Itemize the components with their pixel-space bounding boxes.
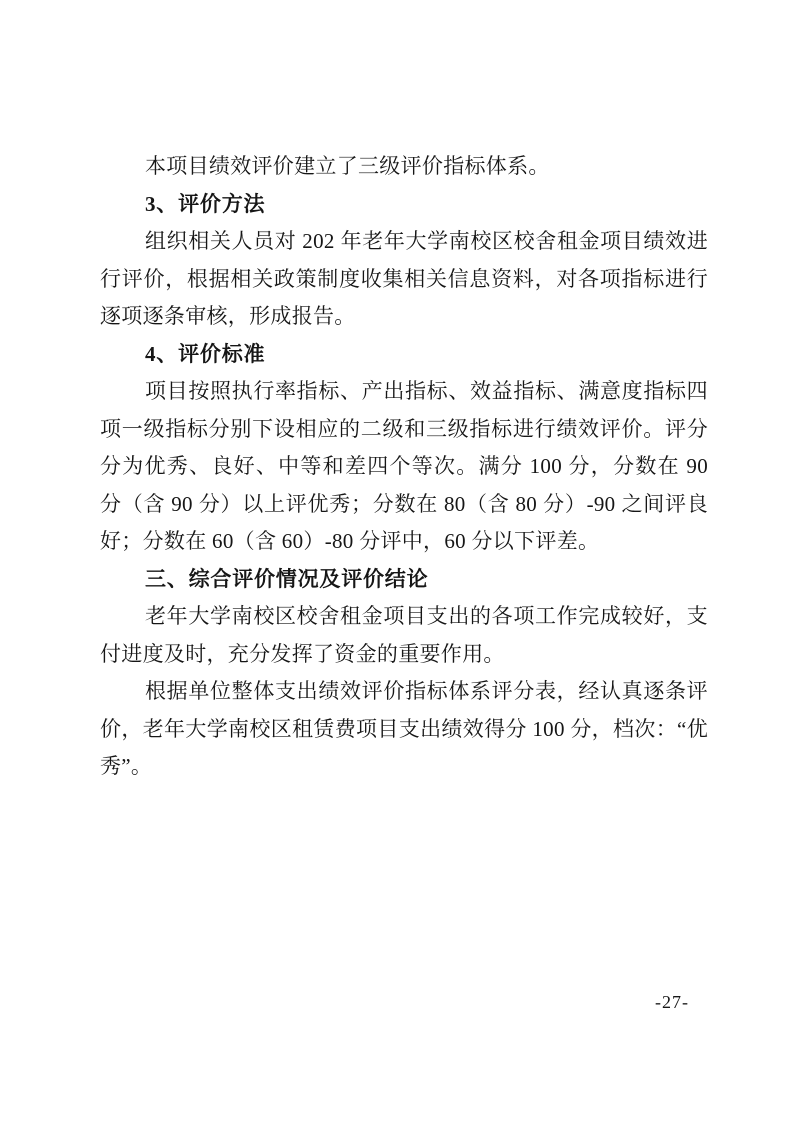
paragraph-line: 分为优秀、良好、中等和差四个等次。满分 100 分，分数在 90 [100,448,708,486]
paragraph-line: 项目按照执行率指标、产出指标、效益指标、满意度指标四 [100,373,708,411]
paragraph-line: 价，老年大学南校区租赁费项目支出绩效得分 100 分，档次：“优 [100,711,708,749]
paragraph-line: 秀”。 [100,748,708,786]
heading-comprehensive-conclusion: 三、综合评价情况及评价结论 [100,561,708,599]
paragraph-line: 根据单位整体支出绩效评价指标体系评分表，经认真逐条评 [100,673,708,711]
document-body: 本项目绩效评价建立了三级评价指标体系。 3、评价方法 组织相关人员对 202 年… [100,148,708,786]
document-page: 本项目绩效评价建立了三级评价指标体系。 3、评价方法 组织相关人员对 202 年… [0,0,793,1122]
paragraph-line: 付进度及时，充分发挥了资金的重要作用。 [100,636,708,674]
paragraph-line: 分（含 90 分）以上评优秀；分数在 80（含 80 分）-90 之间评良 [100,486,708,524]
paragraph-line: 行评价，根据相关政策制度收集相关信息资料，对各项指标进行 [100,261,708,299]
paragraph-line: 本项目绩效评价建立了三级评价指标体系。 [100,148,708,186]
paragraph-line: 组织相关人员对 202 年老年大学南校区校舍租金项目绩效进 [100,223,708,261]
paragraph-line: 老年大学南校区校舍租金项目支出的各项工作完成较好，支 [100,598,708,636]
heading-evaluation-method: 3、评价方法 [100,186,708,224]
paragraph-line: 逐项逐条审核，形成报告。 [100,298,708,336]
heading-evaluation-criteria: 4、评价标准 [100,336,708,374]
paragraph-line: 好；分数在 60（含 60）-80 分评中，60 分以下评差。 [100,523,708,561]
paragraph-line: 项一级指标分别下设相应的二级和三级指标进行绩效评价。评分 [100,411,708,449]
page-number: -27- [648,991,696,1013]
